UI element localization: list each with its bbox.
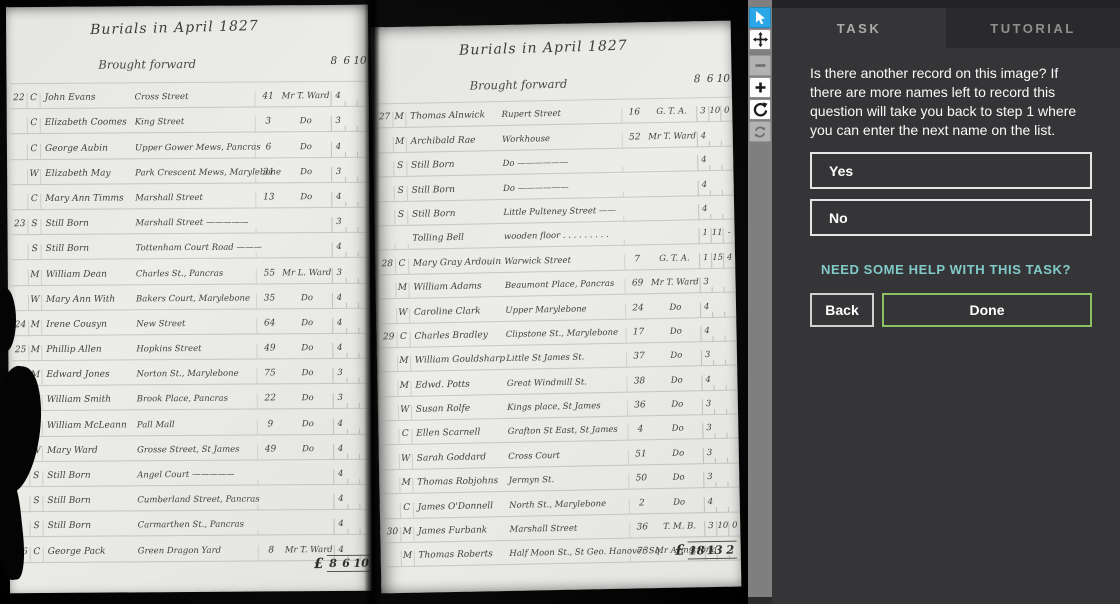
register-cell-f1: 3 bbox=[704, 521, 716, 536]
register-cell-day bbox=[378, 220, 394, 225]
register-cell-place: Marshall Street bbox=[135, 192, 255, 208]
register-cell-place: Little Pulteney Street —— bbox=[503, 206, 623, 223]
register-cell-f2 bbox=[346, 328, 358, 333]
reset-view-button[interactable] bbox=[749, 121, 771, 142]
register-cell-init: W bbox=[27, 169, 41, 184]
register-cell-place: Do —————— bbox=[502, 157, 622, 174]
register-cell-age: 50 bbox=[628, 473, 654, 488]
register-cell-age: 49 bbox=[256, 343, 282, 358]
register-cell-place: Park Crescent Mews, Marylebone bbox=[135, 167, 255, 183]
register-cell-f1: 4 bbox=[331, 192, 345, 207]
register-cell-age: 13 bbox=[255, 192, 281, 207]
register-cell-place: Norton St., Marylebone bbox=[136, 369, 256, 385]
total-pounds: 8 bbox=[326, 555, 339, 572]
minus-icon bbox=[754, 59, 767, 72]
register-cell-f1: 3 bbox=[700, 277, 712, 292]
register-cell-name: James Furbank bbox=[414, 525, 510, 542]
page-total: £ 18 13 2 bbox=[675, 541, 737, 560]
register-cell-name: Mary Ann With bbox=[42, 294, 136, 310]
register-cell-f2 bbox=[347, 479, 359, 484]
register-cell-off: Do bbox=[282, 318, 332, 333]
register-row: CMary Ann TimmsMarshall Street13Do4 bbox=[11, 182, 369, 210]
register-cell-f2 bbox=[714, 384, 726, 389]
register-row: SStill BornCarmarthen St., Pancras4 bbox=[13, 510, 371, 538]
register-cell-off: Do bbox=[651, 351, 701, 367]
register-cell-f1: 3 bbox=[331, 167, 345, 182]
register-cell-place: Upper Gower Mews, Pancras bbox=[135, 142, 255, 158]
register-cell-f1: 4 bbox=[702, 375, 714, 390]
register-cell-place: Little St James St. bbox=[506, 352, 626, 369]
register-cell-init: M bbox=[401, 551, 415, 566]
register-cell-age: 9 bbox=[257, 419, 283, 434]
rotate-button[interactable] bbox=[749, 99, 771, 120]
register-cell-age: 22 bbox=[257, 394, 283, 409]
register-cell-age: 51 bbox=[627, 449, 653, 464]
total-shillings: 6 bbox=[339, 555, 352, 572]
register-cell-f1: 3 bbox=[696, 106, 708, 121]
register-cell-f2 bbox=[715, 458, 727, 463]
register-cell-day: 23 bbox=[11, 219, 27, 234]
register-cell-f3 bbox=[725, 335, 737, 340]
register-cell-f2 bbox=[715, 433, 727, 438]
register-row: SStill BornAngel Court —————4 bbox=[13, 460, 371, 488]
register-cell-name: Edward Jones bbox=[42, 370, 136, 386]
register-cell-name: Charles Bradley bbox=[410, 330, 506, 347]
register-cell-place: Marshall Street bbox=[510, 523, 630, 540]
register-cell-f2 bbox=[348, 529, 360, 534]
rotate-clockwise-icon bbox=[753, 102, 768, 117]
register-cell-name: Elizabeth Coomes bbox=[41, 118, 135, 134]
register-row: MWilliam DeanCharles St., Pancras55Mr L.… bbox=[12, 258, 370, 286]
register-cell-init: M bbox=[28, 320, 42, 335]
register-cell-age: 69 bbox=[624, 278, 650, 293]
register-cell-f2 bbox=[716, 482, 728, 487]
currency-symbol: £ bbox=[314, 556, 324, 572]
register-cell-init: W bbox=[28, 295, 42, 310]
register-cell-init: C bbox=[30, 547, 44, 562]
register-cell-init: C bbox=[400, 502, 414, 517]
register-cell-f2 bbox=[716, 506, 728, 511]
register-cell-age: 31 bbox=[255, 167, 281, 182]
register-cell-off: Mr L. Ward bbox=[282, 268, 332, 283]
register-cell-f2 bbox=[709, 165, 721, 170]
register-cell-f2 bbox=[345, 101, 357, 106]
register-cell-f1: 3 bbox=[331, 116, 345, 131]
zoom-in-button[interactable] bbox=[749, 77, 771, 98]
register-cell-day bbox=[385, 561, 401, 566]
register-cell-name: Tolling Bell bbox=[408, 232, 504, 249]
register-cell-f3 bbox=[722, 214, 734, 219]
register-cell-place: Beaumont Place, Pancras bbox=[505, 279, 625, 296]
register-cell-f1: 4 bbox=[698, 180, 710, 195]
register-cell-name: Still Born bbox=[43, 470, 137, 486]
register-cell-off: Do bbox=[653, 448, 703, 464]
total-pounds: 18 bbox=[687, 541, 705, 559]
register-cell-place: Marshall Street ————— bbox=[135, 218, 255, 234]
app: Burials in April 1827 Brought forward 8 … bbox=[0, 0, 1120, 604]
register-cell-age: 7 bbox=[624, 254, 650, 269]
register-cell-f2 bbox=[713, 360, 725, 365]
register-cell-day bbox=[11, 204, 27, 209]
register-cell-off bbox=[284, 529, 334, 534]
register-row: 22CJohn EvansCross Street41Mr T. Ward4 bbox=[10, 82, 368, 110]
register-cell-f1: 4 bbox=[697, 155, 709, 170]
register-cell-f2 bbox=[345, 202, 357, 207]
register-cell-name: Susan Rolfe bbox=[412, 403, 508, 420]
register-cell-age bbox=[258, 530, 284, 535]
register-cell-place: Hopkins Street bbox=[136, 344, 256, 360]
register-row: SStill BornCumberland Street, Pancras4 bbox=[13, 485, 371, 513]
register-cell-f2: 10 bbox=[708, 106, 720, 121]
register-cell-place: Grafton St East, St James bbox=[508, 425, 628, 442]
task-question: Is there another record on this image? I… bbox=[810, 64, 1092, 140]
register-cell-name: Thomas Robjohns bbox=[413, 476, 509, 493]
register-cell-age: 6 bbox=[255, 142, 281, 157]
register-cell-day bbox=[380, 318, 396, 323]
register-cell-age: 24 bbox=[625, 303, 651, 318]
register-cell-f1: 4 bbox=[701, 326, 713, 341]
register-cell-name: Thomas Roberts bbox=[414, 549, 509, 566]
register-row: WMary WardGrosse Street, St James49Do4 bbox=[13, 434, 371, 462]
register-cell-age: 17 bbox=[625, 327, 651, 342]
register-cell-name: Thomas Alnwick bbox=[406, 110, 502, 127]
register-cell-f2 bbox=[345, 126, 357, 131]
task-panel: TASK TUTORIAL Is there another record on… bbox=[772, 0, 1120, 604]
register-cell-f1: 4 bbox=[333, 469, 347, 484]
register-cell-age bbox=[257, 479, 283, 484]
register-cell-init: C bbox=[27, 118, 41, 133]
register-cell-place: Kings place, St James bbox=[507, 401, 627, 418]
register-cell-off: Mr T. Ward bbox=[647, 131, 697, 147]
register-cell-init: M bbox=[28, 270, 42, 285]
register-cell-age: 75 bbox=[256, 369, 282, 384]
register-cell-age bbox=[257, 505, 283, 510]
register-cell-place: Brook Place, Pancras bbox=[137, 394, 257, 410]
register-cell-f1: 1 bbox=[699, 253, 711, 268]
register-row: CElizabeth CoomesKing Street3Do3 bbox=[11, 107, 369, 135]
register-cell-age bbox=[256, 253, 282, 258]
register-cell-name: Mary Ann Timms bbox=[41, 193, 135, 209]
tab-tutorial[interactable]: TUTORIAL bbox=[946, 8, 1120, 48]
register-cell-off: Do bbox=[282, 293, 332, 308]
register-cell-place: North St., Marylebone bbox=[509, 498, 629, 515]
register-cell-name: Archibald Rae bbox=[407, 135, 503, 152]
help-link[interactable]: NEED SOME HELP WITH THIS TASK? bbox=[772, 262, 1120, 277]
register-cell-off bbox=[648, 165, 698, 171]
register-cell-f2 bbox=[345, 151, 357, 156]
register-cell-day: 29 bbox=[380, 332, 396, 347]
register-cell-name: Elizabeth May bbox=[41, 168, 135, 184]
register-cell-day: 30 bbox=[384, 527, 400, 542]
register-cell-off: Do bbox=[281, 142, 331, 157]
done-button[interactable]: Done bbox=[882, 293, 1092, 327]
register-cell-off: Do bbox=[650, 302, 700, 318]
register-cell-day: 25 bbox=[12, 345, 28, 360]
register-cell-off: Do bbox=[281, 116, 331, 131]
register-cell-off: Do bbox=[282, 343, 332, 358]
register-cell-name: Still Born bbox=[407, 184, 503, 201]
register-cell-f3 bbox=[724, 287, 736, 292]
register-cell-place: Jermyn St. bbox=[509, 474, 629, 491]
register-cell-init: S bbox=[29, 496, 43, 511]
register-row: SStill BornTottenham Court Road ———4 bbox=[12, 233, 370, 261]
register-row: 24MIrene CousynNew Street64Do4 bbox=[12, 308, 370, 336]
register-cell-name: Irene Cousyn bbox=[42, 319, 136, 335]
register-cell-off: Do bbox=[651, 326, 701, 342]
register-cell-f3 bbox=[727, 482, 739, 487]
tab-task[interactable]: TASK bbox=[772, 8, 946, 48]
register-row: WMary Ann WithBakers Court, Marylebone35… bbox=[12, 283, 370, 311]
register-cell-name: William Adams bbox=[409, 281, 505, 298]
register-cell-place: Great Windmill St. bbox=[507, 376, 627, 393]
register-cell-place: Angel Court ————— bbox=[137, 470, 257, 486]
register-cell-place: Half Moon St., St Geo. Hanover Sq. bbox=[509, 547, 629, 564]
book-gutter-shadow bbox=[364, 0, 380, 604]
register-cell-f1: 1 bbox=[699, 228, 711, 243]
register-cell-f1: 3 bbox=[331, 217, 345, 232]
cursor-icon bbox=[754, 11, 767, 25]
register-cell-place: Workhouse bbox=[502, 132, 622, 149]
register-cell-age bbox=[256, 227, 282, 232]
register-cell-off: T. M. B. bbox=[655, 521, 705, 537]
register-cell-f1: 4 bbox=[333, 494, 347, 509]
page-title: Burials in April 1827 bbox=[459, 38, 628, 59]
register-row: WElizabeth MayPark Crescent Mews, Maryle… bbox=[11, 157, 369, 185]
register-cell-init: M bbox=[397, 356, 411, 371]
register-cell-init: M bbox=[28, 345, 42, 360]
register-row: 23SStill BornMarshall Street —————3 bbox=[11, 208, 369, 236]
register-cell-f2 bbox=[712, 311, 724, 316]
register-cell-name: Edwd. Potts bbox=[411, 379, 507, 396]
register-cell-day bbox=[11, 154, 27, 159]
brought-forward-label: Brought forward bbox=[470, 77, 568, 93]
panel-tabs: TASK TUTORIAL bbox=[772, 0, 1120, 48]
move-icon bbox=[753, 32, 768, 47]
register-cell-f2 bbox=[347, 378, 359, 383]
register-cell-f1: 4 bbox=[332, 293, 346, 308]
register-cell-init: S bbox=[394, 210, 408, 225]
reset-rotation-icon bbox=[753, 125, 767, 139]
register-row: MWilliam SmithBrook Place, Pancras22Do3 bbox=[13, 384, 371, 412]
register-cell-age: 73 bbox=[629, 547, 655, 562]
register-cell-day bbox=[11, 129, 27, 134]
register-cell-day bbox=[383, 488, 399, 493]
fees-header: 8 6 10 bbox=[327, 55, 366, 67]
zoom-out-button[interactable] bbox=[749, 55, 771, 76]
register-cell-age: 41 bbox=[255, 92, 281, 107]
register-cell-init: M bbox=[395, 283, 409, 298]
register-cell-f2 bbox=[346, 227, 358, 232]
pan-tool-button[interactable] bbox=[749, 29, 771, 50]
register-cell-name: William McLeann bbox=[43, 420, 137, 436]
total-shillings: 13 bbox=[706, 541, 724, 559]
register-cell-f3 bbox=[728, 506, 740, 511]
register-cell-place: Cross Court bbox=[508, 450, 628, 467]
register-row: CWilliam McLeannPall Mall9Do4 bbox=[13, 409, 371, 437]
register-cell-name: Still Born bbox=[42, 244, 136, 260]
register-cell-f3 bbox=[725, 360, 737, 365]
register-cell-name: Still Born bbox=[43, 496, 137, 512]
register-cell-f3 bbox=[726, 384, 738, 389]
register-cell-f3: 0 bbox=[720, 106, 732, 121]
register-cell-init bbox=[395, 244, 409, 249]
register-cell-off: G. T. A. bbox=[647, 107, 697, 123]
register-cell-f2 bbox=[346, 252, 358, 257]
register-cell-f1: 4 bbox=[333, 419, 347, 434]
register-cell-off bbox=[282, 227, 332, 232]
register-cell-off: Do bbox=[283, 444, 333, 459]
register-cell-place: Bakers Court, Marylebone bbox=[136, 293, 256, 309]
register-cell-off: Do bbox=[652, 399, 702, 415]
register-cell-f1: 3 bbox=[701, 350, 713, 365]
register-cell-f1: 4 bbox=[697, 131, 709, 146]
register-cell-off: Mr T. Ward bbox=[650, 277, 700, 293]
register-cell-off: Do bbox=[654, 497, 704, 513]
register-cell-f2: 11 bbox=[711, 228, 723, 243]
register-cell-place: Cumberland Street, Pancras bbox=[137, 495, 257, 511]
register-cell-off bbox=[649, 214, 699, 220]
register-cell-init: C bbox=[27, 194, 41, 209]
register-cell-name: Still Born bbox=[41, 218, 135, 234]
register-cell-f3 bbox=[724, 311, 736, 316]
register-cell-name: William Smith bbox=[43, 395, 137, 411]
register-cell-f1: 4 bbox=[704, 497, 716, 512]
register-cell-age: 37 bbox=[626, 351, 652, 366]
register-cell-day bbox=[12, 280, 28, 285]
page-total: £ 8 6 10 bbox=[314, 555, 370, 572]
register-cell-day bbox=[381, 366, 397, 371]
register-cell-f2 bbox=[713, 336, 725, 341]
register-cell-age: 8 bbox=[258, 545, 284, 560]
register-cell-day: 28 bbox=[379, 259, 395, 274]
register-cell-off: Do bbox=[654, 472, 704, 488]
register-cell-name: George Pack bbox=[44, 546, 138, 562]
register-cell-f1: 3 bbox=[333, 393, 347, 408]
register-cell-f1: 4 bbox=[331, 91, 345, 106]
register-cell-off: Do bbox=[282, 368, 332, 383]
register-cell-place: Carmarthen St., Pancras bbox=[138, 520, 258, 536]
register-cell-place: Charles St., Pancras bbox=[136, 268, 256, 284]
register-cell-age bbox=[623, 215, 649, 220]
register-cell-init: W bbox=[398, 405, 412, 420]
register-row: MEdward JonesNorton St., Marylebone75Do3 bbox=[12, 359, 370, 387]
register-cell-init: S bbox=[394, 185, 408, 200]
register-cell-age: 36 bbox=[629, 522, 655, 537]
register-cell-off bbox=[283, 504, 333, 509]
plus-icon bbox=[754, 81, 767, 94]
register-cell-age: 35 bbox=[256, 293, 282, 308]
fees-header: 8 6 10 bbox=[691, 73, 730, 86]
fees-header-shillings: 6 bbox=[704, 73, 717, 85]
register-cell-age: 38 bbox=[626, 376, 652, 391]
register-cell-name: Mary Gray Ardouin bbox=[409, 257, 505, 274]
register-row: 25MPhillip AllenHopkins Street49Do4 bbox=[12, 334, 370, 362]
register-cell-place: Do —————— bbox=[503, 181, 623, 198]
register-cell-off: Do bbox=[281, 192, 331, 207]
register-rows: 27MThomas AlnwickRupert Street16G. T. A.… bbox=[376, 97, 741, 568]
register-cell-init: C bbox=[398, 429, 412, 444]
register-cell-off: Do bbox=[283, 419, 333, 434]
back-button[interactable]: Back bbox=[810, 293, 874, 327]
register-cell-off: Do bbox=[283, 393, 333, 408]
register-page-left: Burials in April 1827 Brought forward 8 … bbox=[6, 5, 372, 594]
register-cell-init: M bbox=[400, 527, 414, 542]
register-cell-f1: 3 bbox=[703, 472, 715, 487]
register-cell-day bbox=[383, 464, 399, 469]
register-cell-day bbox=[380, 293, 396, 298]
fees-header-pence: 10 bbox=[717, 73, 730, 85]
register-row: CGeorge AubinUpper Gower Mews, Pancras6D… bbox=[11, 132, 369, 160]
register-cell-name: Caroline Clark bbox=[410, 305, 506, 322]
register-cell-f1: 4 bbox=[698, 204, 710, 219]
register-cell-off bbox=[648, 190, 698, 196]
page-title: Burials in April 1827 bbox=[90, 18, 259, 38]
answer-yes-button[interactable]: Yes bbox=[810, 152, 1092, 189]
register-cell-age: 16 bbox=[621, 108, 647, 123]
register-cell-init: S bbox=[29, 471, 43, 486]
answer-no-button[interactable]: No bbox=[810, 199, 1092, 236]
register-cell-name: George Aubin bbox=[41, 143, 135, 159]
register-cell-init: C bbox=[27, 93, 41, 108]
register-cell-off: Do bbox=[652, 375, 702, 391]
register-cell-day bbox=[379, 244, 395, 249]
register-cell-f2 bbox=[712, 287, 724, 292]
register-cell-init: M bbox=[393, 137, 407, 152]
register-cell-f2 bbox=[710, 189, 722, 194]
register-photo[interactable]: Burials in April 1827 Brought forward 8 … bbox=[0, 0, 748, 604]
register-cell-f1: 4 bbox=[332, 242, 346, 257]
fees-header-pounds: 8 bbox=[327, 55, 340, 67]
register-cell-f2 bbox=[347, 454, 359, 459]
register-cell-day bbox=[384, 513, 400, 518]
register-cell-f3 bbox=[721, 165, 733, 170]
register-cell-f2 bbox=[710, 214, 722, 219]
pointer-tool-button[interactable] bbox=[749, 7, 771, 28]
document-viewer: Burials in April 1827 Brought forward 8 … bbox=[0, 0, 772, 604]
register-cell-f1: 4 bbox=[331, 141, 345, 156]
register-cell-name: Still Born bbox=[407, 159, 503, 176]
register-cell-age bbox=[622, 166, 648, 171]
register-cell-day bbox=[383, 440, 399, 445]
register-cell-f1: 3 bbox=[703, 448, 715, 463]
register-cell-f1: 4 bbox=[332, 343, 346, 358]
register-cell-init: S bbox=[30, 521, 44, 536]
register-cell-day bbox=[382, 415, 398, 420]
register-cell-day: 22 bbox=[11, 93, 27, 108]
register-cell-init: W bbox=[399, 454, 413, 469]
register-cell-init: M bbox=[397, 380, 411, 395]
register-cell-f2 bbox=[709, 141, 721, 146]
register-cell-day bbox=[378, 196, 394, 201]
register-cell-place: Green Dragon Yard bbox=[138, 545, 258, 561]
register-cell-name: Still Born bbox=[44, 521, 138, 537]
register-cell-f3: 4 bbox=[723, 252, 735, 267]
register-cell-f1: 4 bbox=[334, 519, 348, 534]
register-cell-name: Sarah Goddard bbox=[413, 452, 509, 469]
register-cell-place: King Street bbox=[135, 117, 255, 133]
register-cell-f1: 3 bbox=[702, 399, 714, 414]
register-cell-init: M bbox=[392, 112, 406, 127]
register-cell-f1: 3 bbox=[332, 267, 346, 282]
register-cell-place: Tottenham Court Road ——— bbox=[136, 243, 256, 259]
register-cell-age bbox=[622, 191, 648, 196]
register-cell-init: C bbox=[395, 259, 409, 274]
register-rows: 22CJohn EvansCross Street41Mr T. Ward4CE… bbox=[10, 81, 371, 563]
register-cell-f1: 3 bbox=[332, 368, 346, 383]
register-cell-off: Do bbox=[281, 167, 331, 182]
panel-actions: Back Done bbox=[810, 293, 1092, 327]
register-cell-name: Still Born bbox=[408, 208, 504, 225]
